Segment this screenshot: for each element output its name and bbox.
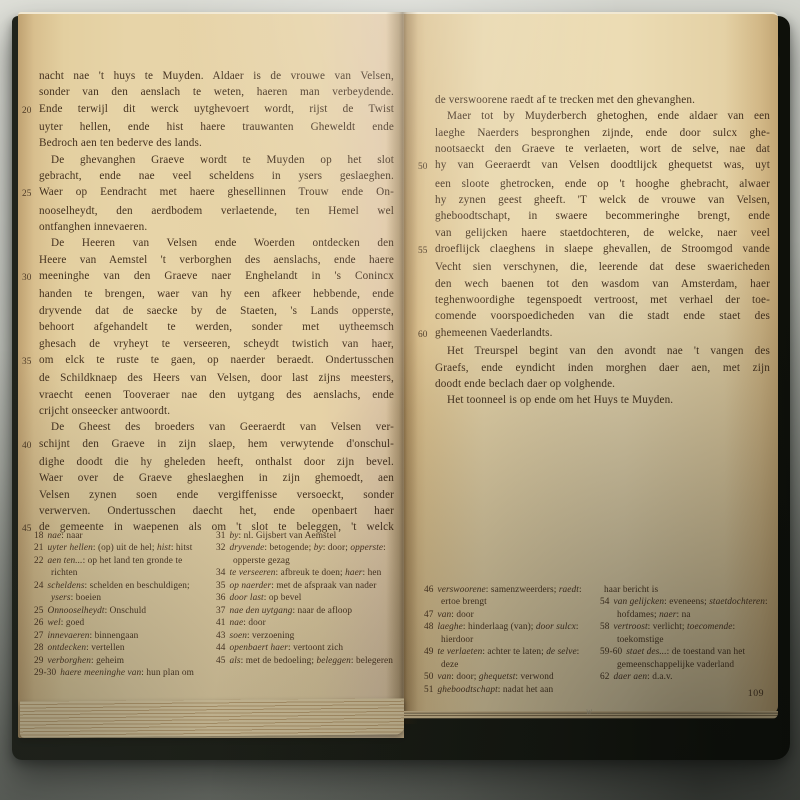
text-line-content: gheboodtschapt, in swaere becommeringhe … <box>435 208 770 224</box>
margin-line-number <box>22 168 39 184</box>
footnote-gloss: : binnengaan <box>89 631 138 641</box>
text-line-content: Bedroch aen ten bederve des lands. <box>39 135 394 151</box>
page-left: nacht nae 't huys te Muyden. Aldaer is d… <box>18 12 404 738</box>
footnote: 24scheldens: schelden en beschuldigen; y… <box>34 580 210 605</box>
footnote-gloss: : verzoening <box>247 631 294 641</box>
margin-line-number <box>418 308 435 324</box>
footnote: 43soen: verzoening <box>216 630 398 642</box>
footnote-gloss: : met de afspraak van nader <box>271 581 376 591</box>
footnote-gloss: : door; <box>323 543 351 553</box>
footnote: 25Onnooselheydt: Onschuld <box>34 605 210 617</box>
text-line: dighe doodt die hy gheleden heeft, ontha… <box>22 454 394 470</box>
footnote-number: 46 <box>424 585 434 595</box>
footnote-gloss: : door <box>451 610 474 620</box>
text-line-content: Ende terwijl dit werck uytghevoert wordt… <box>39 101 394 119</box>
footnote-lemma: innevaeren <box>48 631 90 641</box>
footnote: haar bericht is <box>600 584 768 596</box>
text-line: gheboodtschapt, in swaere becommeringhe … <box>418 208 770 224</box>
footnote-number: 18 <box>34 531 44 541</box>
margin-line-number <box>22 319 39 335</box>
footnote-number: 35 <box>216 581 226 591</box>
margin-line-number: 50 <box>418 157 435 175</box>
footnote-lemma: gheboodtschapt <box>438 685 498 695</box>
text-line-content: schijnt den Graeve in zijn slaep, hem ve… <box>39 436 394 454</box>
footnote-gloss: : verlicht; <box>648 622 687 632</box>
footnote-number: 29-30 <box>34 668 56 678</box>
footnote: 28ontdecken: vertellen <box>34 642 210 654</box>
text-line: 55droeflijck claeghens in slaepe ghevall… <box>418 241 770 259</box>
margin-line-number: 20 <box>22 101 39 119</box>
margin-line-number <box>418 108 435 124</box>
footnote-number: 32 <box>216 543 226 553</box>
text-line-content: ontfanghen innevaeren. <box>39 219 394 235</box>
footnote-gloss: : vertoont zich <box>288 643 343 653</box>
footnote: 29-30haere meeninghe van: hun plan om <box>34 667 210 679</box>
footnote-number: 29 <box>34 656 44 666</box>
text-line-content: Waer over de Graeve gheslaeghen in zijn … <box>39 470 394 486</box>
right-page-number: 109 <box>748 688 764 699</box>
footnote-number: 21 <box>34 543 44 553</box>
footnote-number: 37 <box>216 606 226 616</box>
right-page-footnotes-column-1: 46verswoorene: samenzweerders; raedt: er… <box>424 584 596 696</box>
footnote-lemma: op naerder <box>230 581 272 591</box>
footnote-lemma: dryvende <box>230 543 265 553</box>
footnote: 47van: door <box>424 609 596 621</box>
margin-line-number <box>418 276 435 292</box>
margin-line-number <box>418 225 435 241</box>
text-line-content: doodt ende beclach daer op volghende. <box>435 376 770 392</box>
text-line-content: crijcht onseecker antwoordt. <box>39 403 394 419</box>
text-line: 60ghemeenen Vaederlandts. <box>418 325 770 343</box>
footnote-gloss: : hen <box>363 568 382 578</box>
footnote-lemma: beleggen <box>317 656 351 666</box>
footnote-gloss: : betogende; <box>264 543 313 553</box>
margin-line-number <box>418 292 435 308</box>
text-line: teghenwoordighe tegenspoedt vertroost, m… <box>418 292 770 308</box>
footnote-lemma: hist <box>157 543 171 553</box>
right-page-body-text: de verswoorene raedt af te trecken met d… <box>418 92 770 409</box>
text-line: hy zynen geest gheeft. 'T welck de vrouw… <box>418 192 770 208</box>
margin-line-number <box>22 387 39 403</box>
margin-line-number <box>22 68 39 84</box>
margin-line-number <box>418 176 435 192</box>
footnote-number: 34 <box>216 568 226 578</box>
footnote-number: 26 <box>34 618 44 628</box>
text-line-content: de Schildknaep des Heers van Velsen, doo… <box>39 370 394 386</box>
margin-line-number: 60 <box>418 325 435 343</box>
margin-line-number <box>418 125 435 141</box>
text-line: ghesach de vryheyt te verseeren, scheydt… <box>22 336 394 352</box>
margin-line-number <box>22 403 39 419</box>
text-line-content: Graefs, ende eyndicht inden morghen daer… <box>435 360 770 376</box>
text-line-content: De Gheest des broeders van Geeraerdt van… <box>39 419 394 435</box>
text-line-content: Waer op Eendracht met haere ghesellinnen… <box>39 184 394 202</box>
footnote-number: 59-60 <box>600 647 622 657</box>
margin-line-number <box>22 152 39 168</box>
footnote-lemma: ghequetst <box>479 672 516 682</box>
margin-line-number <box>22 219 39 235</box>
footnote-number: 25 <box>34 606 44 616</box>
margin-line-number <box>22 503 39 519</box>
footnote-gloss: : nl. Gijsbert van Aemstel <box>238 531 336 541</box>
footnote-number: 62 <box>600 672 610 682</box>
margin-line-number <box>22 235 39 251</box>
footnote-lemma: Onnooselheydt <box>48 606 105 616</box>
right-page-footnotes-column-2: haar bericht is54van gelijcken: eveneens… <box>600 584 768 684</box>
text-line-content: behoort afgehandelt te werden, sonder me… <box>39 319 394 335</box>
text-line: 30meeninghe van den Graeve naer Enghelan… <box>22 268 394 286</box>
footnote-lemma: nae <box>230 618 244 628</box>
text-line-content: om elck te ruste te gaen, op naerder ber… <box>39 352 394 370</box>
footnote: 18nae: naar <box>34 530 210 542</box>
footnote-lemma: staet des... <box>626 647 666 657</box>
footnote-number: 49 <box>424 647 434 657</box>
margin-line-number: 40 <box>22 436 39 454</box>
text-line: Bedroch aen ten bederve des lands. <box>22 135 394 151</box>
footnote-lemma: te verlaeten <box>438 647 483 657</box>
footnote-gloss: : met de bedoeling; <box>241 656 317 666</box>
text-line-content: comende voorspoedicheden van die stadt e… <box>435 308 770 324</box>
text-line-content: ghemeenen Vaederlandts. <box>435 325 770 343</box>
footnote-lemma: ysers <box>51 593 71 603</box>
text-line-content: hy zynen geest gheeft. 'T welck de vrouw… <box>435 192 770 208</box>
footnote: 36door last: op bevel <box>216 592 398 604</box>
footnote-lemma: te verseeren <box>230 568 276 578</box>
footnote-lemma: staetdochteren <box>709 597 765 607</box>
footnote-gloss: : eveneens; <box>664 597 709 607</box>
text-line: sonder van den aenslach te weten, haeren… <box>22 84 394 100</box>
text-line-content: teghenwoordighe tegenspoedt vertroost, m… <box>435 292 770 308</box>
text-line: dryvende dat de saecke by de Staeten, 's… <box>22 303 394 319</box>
text-line: gebracht, ende nae veel scheldens in yse… <box>22 168 394 184</box>
text-line-content: Velsen zynen soen ende vergiffenisse ver… <box>39 487 394 503</box>
footnote-number: 28 <box>34 643 44 653</box>
footnote-gloss: : hitst <box>171 543 193 553</box>
text-line: ontfanghen innevaeren. <box>22 219 394 235</box>
margin-line-number <box>418 376 435 392</box>
footnote-number: 47 <box>424 610 434 620</box>
footnote-lemma: aen ten... <box>48 556 83 566</box>
footnote-gloss: : d.a.v. <box>647 672 673 682</box>
footnote-number: 43 <box>216 631 226 641</box>
text-line-content: dighe doodt die hy gheleden heeft, ontha… <box>39 454 394 470</box>
margin-line-number <box>22 84 39 100</box>
footnote-gloss: : naar <box>61 531 83 541</box>
footnote-lemma: de selve <box>546 647 576 657</box>
text-line-content: Het Treurspel begint van den avondt nae … <box>435 343 770 359</box>
footnote-number: 54 <box>600 597 610 607</box>
footnote: 46verswoorene: samenzweerders; raedt: er… <box>424 584 596 609</box>
text-line-content: sonder van den aenslach te weten, haeren… <box>39 84 394 100</box>
book-photo-scene: nacht nae 't huys te Muyden. Aldaer is d… <box>0 0 800 800</box>
margin-line-number <box>22 303 39 319</box>
footnote-lemma: wel <box>48 618 61 628</box>
footnote: 41nae: door <box>216 617 398 629</box>
margin-line-number <box>22 454 39 470</box>
footnote-gloss: : achter te laten; <box>482 647 546 657</box>
footnote: 22aen ten...: op het land ten gronde te … <box>34 555 210 580</box>
footnote-number: 31 <box>216 531 226 541</box>
text-line: den wech baenen tot den wasdom van Amste… <box>418 276 770 292</box>
text-line: Het Treurspel begint van den avondt nae … <box>418 343 770 359</box>
footnote: 45als: met de bedoeling; beleggen: beleg… <box>216 655 398 667</box>
text-line-content: een sloote ghetrocken, ende op 't hooghe… <box>435 176 770 192</box>
footnote: 37nae den uytgang: naar de afloop <box>216 605 398 617</box>
margin-line-number <box>22 487 39 503</box>
text-line-content: den wech baenen tot den wasdom van Amste… <box>435 276 770 292</box>
margin-line-number <box>22 419 39 435</box>
text-line: uyter hellen, ende hist haere trauwanten… <box>22 119 394 135</box>
footnote-lemma: opperste <box>350 543 383 553</box>
text-line: een sloote ghetrocken, ende op 't hooghe… <box>418 176 770 192</box>
cover-mark: w <box>586 706 592 716</box>
footnote: 26wel: goed <box>34 617 210 629</box>
footnote-gloss: : nadat het aan <box>498 685 553 695</box>
footnote: 58vertroost: verlicht; toecomende: toeko… <box>600 621 768 646</box>
footnote: 51gheboodtschapt: nadat het aan <box>424 684 596 696</box>
text-line: Het toonneel is op ende om het Huys te M… <box>418 392 770 408</box>
text-line: Heere van Aemstel 't verborghen des aens… <box>22 252 394 268</box>
footnote: 59-60staet des...: de toestand van het g… <box>600 646 768 671</box>
footnote-gloss: : samenzweerders; <box>486 585 559 595</box>
margin-line-number <box>22 336 39 352</box>
text-line-content: gebracht, ende nae veel scheldens in yse… <box>39 168 394 184</box>
text-line-content: hy van Geeraerdt van Velsen doodtlijck g… <box>435 157 770 175</box>
text-line-content: Heere van Aemstel 't verborghen des aens… <box>39 252 394 268</box>
footnote-gloss: : geheim <box>91 656 124 666</box>
text-line-content: droeflijck claeghens in slaepe ghevallen… <box>435 241 770 259</box>
footnote-gloss: : hinderlaag (van); <box>463 622 536 632</box>
text-line: Velsen zynen soen ende vergiffenisse ver… <box>22 487 394 503</box>
text-line: Maer tot by Muyderberch ghetoghen, ende … <box>418 108 770 124</box>
footnote-number: 48 <box>424 622 434 632</box>
footnote-lemma: verswoorene <box>438 585 486 595</box>
footnote-gloss: : belegeren <box>351 656 393 666</box>
margin-line-number: 35 <box>22 352 39 370</box>
text-line: comende voorspoedicheden van die stadt e… <box>418 308 770 324</box>
left-page-footnotes-column-2: 31by: nl. Gijsbert van Aemstel32dryvende… <box>216 530 398 667</box>
footnote-gloss: : hun plan om <box>141 668 194 678</box>
text-line: Vecht sien verschynen, die, leerende dat… <box>418 259 770 275</box>
footnote-lemma: vertroost <box>614 622 648 632</box>
footnote-lemma: door sulcx <box>536 622 576 632</box>
footnote-lemma: als <box>230 656 241 666</box>
text-line: De Gheest des broeders van Geeraerdt van… <box>22 419 394 435</box>
footnote-lemma: haer <box>345 568 362 578</box>
footnote-lemma: verborghen <box>48 656 92 666</box>
footnote: 48laeghe: hinderlaag (van); door sulcx: … <box>424 621 596 646</box>
footnote-gloss: : afbreuk te doen; <box>276 568 346 578</box>
text-line: behoort afgehandelt te werden, sonder me… <box>22 319 394 335</box>
text-line: laeghe Naerders bespronghen zijnde, ende… <box>418 125 770 141</box>
footnote-number: 36 <box>216 593 226 603</box>
text-line-content: vraecht eenen Tooveraer nae den uytgang … <box>39 387 394 403</box>
footnote-gloss: : door <box>243 618 266 628</box>
text-line-content: nacht nae 't huys te Muyden. Aldaer is d… <box>39 68 394 84</box>
page-right: de verswoorene raedt af te trecken met d… <box>404 12 778 714</box>
text-line: verwerven. Ondertusschen daecht het, end… <box>22 503 394 519</box>
text-line: De Heeren van Velsen ende Woerden ontdec… <box>22 235 394 251</box>
margin-line-number <box>22 286 39 302</box>
text-line-content: nootsaeckt den Graeve te verlaeten, wort… <box>435 141 770 157</box>
text-line: 40schijnt den Graeve in zijn slaep, hem … <box>22 436 394 454</box>
text-line-content: meeninghe van den Graeve naer Enghelandt… <box>39 268 394 286</box>
text-line: de Schildknaep des Heers van Velsen, doo… <box>22 370 394 386</box>
footnote-lemma: daer aen <box>614 672 648 682</box>
margin-line-number <box>418 208 435 224</box>
margin-line-number <box>418 392 435 408</box>
footnote-lemma: toecomende <box>687 622 732 632</box>
footnote-lemma: door last <box>230 593 264 603</box>
footnote: 21uyter hellen: (op) uit de hel; hist: h… <box>34 542 210 554</box>
footnote-number: 58 <box>600 622 610 632</box>
text-line-content: Het toonneel is op ende om het Huys te M… <box>435 392 770 408</box>
footnote-lemma: scheldens <box>48 581 85 591</box>
footnote-lemma: openbaert haer <box>230 643 288 653</box>
text-line: crijcht onseecker antwoordt. <box>22 403 394 419</box>
text-line: 20Ende terwijl dit werck uytghevoert wor… <box>22 101 394 119</box>
text-line-content: nooselheydt, den aerdbodem verlaetende, … <box>39 203 394 219</box>
footnote-lemma: haere meeninghe van <box>60 668 141 678</box>
left-page-footnotes-column-1: 18nae: naar21uyter hellen: (op) uit de h… <box>34 530 210 679</box>
margin-line-number <box>418 141 435 157</box>
footnote: 44openbaert haer: vertoont zich <box>216 642 398 654</box>
text-line-content: handen te brengen, waer van hy een afkee… <box>39 286 394 302</box>
footnote-lemma: laeghe <box>438 622 463 632</box>
text-line: 25Waer op Eendracht met haere ghesellinn… <box>22 184 394 202</box>
margin-line-number <box>418 92 435 108</box>
text-line-content: verwerven. Ondertusschen daecht het, end… <box>39 503 394 519</box>
footnote-lemma: uyter hellen <box>48 543 93 553</box>
footnote-gloss: : naar de afloop <box>292 606 352 616</box>
footnote-number: 50 <box>424 672 434 682</box>
footnote-gloss: : door; <box>451 672 479 682</box>
footnote-gloss: haar bericht is <box>604 585 658 595</box>
text-line-content: Maer tot by Muyderberch ghetoghen, ende … <box>435 108 770 124</box>
footnote-lemma: nae <box>48 531 62 541</box>
footnote-lemma: ontdecken <box>48 643 87 653</box>
text-line-content: van gelijcken haere staetdochteren, de w… <box>435 225 770 241</box>
footnote-number: 24 <box>34 581 44 591</box>
text-line: nootsaeckt den Graeve te verlaeten, wort… <box>418 141 770 157</box>
margin-line-number: 25 <box>22 184 39 202</box>
text-line-content: de verswoorene raedt af te trecken met d… <box>435 92 770 108</box>
footnote-number: 51 <box>424 685 434 695</box>
footnote: 49te verlaeten: achter te laten; de selv… <box>424 646 596 671</box>
text-line: 35om elck te ruste te gaen, op naerder b… <box>22 352 394 370</box>
margin-line-number <box>22 203 39 219</box>
footnote-lemma: van gelijcken <box>614 597 665 607</box>
text-line: van gelijcken haere staetdochteren, de w… <box>418 225 770 241</box>
text-line-content: laeghe Naerders bespronghen zijnde, ende… <box>435 125 770 141</box>
text-line: handen te brengen, waer van hy een afkee… <box>22 286 394 302</box>
text-line: Waer over de Graeve gheslaeghen in zijn … <box>22 470 394 486</box>
text-line: nacht nae 't huys te Muyden. Aldaer is d… <box>22 68 394 84</box>
text-line-content: De Heeren van Velsen ende Woerden ontdec… <box>39 235 394 251</box>
footnote-gloss: : boeien <box>71 593 102 603</box>
text-line-content: dryvende dat de saecke by de Staeten, 's… <box>39 303 394 319</box>
text-line-content: De ghevanghen Graeve wordt te Muyden op … <box>39 152 394 168</box>
footnote-gloss: : Onschuld <box>105 606 147 616</box>
margin-line-number <box>418 343 435 359</box>
footnote-lemma: raedt <box>559 585 579 595</box>
footnote-number: 22 <box>34 556 44 566</box>
footnote-number: 27 <box>34 631 44 641</box>
footnote-number: 44 <box>216 643 226 653</box>
footnote: 32dryvende: betogende; by: door; opperst… <box>216 542 398 567</box>
footnote: 54van gelijcken: eveneens; staetdochtere… <box>600 596 768 621</box>
margin-line-number: 55 <box>418 241 435 259</box>
text-line: vraecht eenen Tooveraer nae den uytgang … <box>22 387 394 403</box>
footnote: 31by: nl. Gijsbert van Aemstel <box>216 530 398 542</box>
text-line-content: ghesach de vryheyt te verseeren, scheydt… <box>39 336 394 352</box>
margin-line-number <box>22 470 39 486</box>
footnote-gloss: : vertellen <box>86 643 125 653</box>
footnote-lemma: nae den uytgang <box>230 606 293 616</box>
footnote-number: 41 <box>216 618 226 628</box>
text-line: nooselheydt, den aerdbodem verlaetende, … <box>22 203 394 219</box>
margin-line-number <box>418 360 435 376</box>
text-line: de verswoorene raedt af te trecken met d… <box>418 92 770 108</box>
footnote: 35op naerder: met de afspraak van nader <box>216 580 398 592</box>
footnote-gloss: : goed <box>61 618 85 628</box>
margin-line-number <box>22 135 39 151</box>
footnote-gloss: : (op) uit de hel; <box>93 543 157 553</box>
footnote-gloss: : verwond <box>515 672 553 682</box>
page-edges-stack <box>20 698 404 737</box>
footnote-lemma: naer <box>659 610 676 620</box>
footnote-gloss: : schelden en beschuldigen; <box>85 581 190 591</box>
margin-line-number <box>418 192 435 208</box>
margin-line-number: 30 <box>22 268 39 286</box>
footnote-gloss: : na <box>677 610 691 620</box>
footnote: 62daer aen: d.a.v. <box>600 671 768 683</box>
footnote: 50van: door; ghequetst: verwond <box>424 671 596 683</box>
margin-line-number <box>22 252 39 268</box>
footnote-number: 45 <box>216 656 226 666</box>
text-line: Graefs, ende eyndicht inden morghen daer… <box>418 360 770 376</box>
text-line: doodt ende beclach daer op volghende. <box>418 376 770 392</box>
footnote-lemma: soen <box>230 631 247 641</box>
footnote: 27innevaeren: binnengaan <box>34 630 210 642</box>
margin-line-number <box>418 259 435 275</box>
text-line-content: Vecht sien verschynen, die, leerende dat… <box>435 259 770 275</box>
footnote-lemma: van <box>438 610 452 620</box>
footnote-lemma: by <box>314 543 323 553</box>
left-page-body-text: nacht nae 't huys te Muyden. Aldaer is d… <box>22 68 394 538</box>
text-line: 50hy van Geeraerdt van Velsen doodtlijck… <box>418 157 770 175</box>
margin-line-number <box>22 370 39 386</box>
footnote-gloss: : op bevel <box>264 593 302 603</box>
footnote-lemma: van <box>438 672 452 682</box>
text-line: De ghevanghen Graeve wordt te Muyden op … <box>22 152 394 168</box>
text-line-content: uyter hellen, ende hist haere trauwanten… <box>39 119 394 135</box>
footnote: 34te verseeren: afbreuk te doen; haer: h… <box>216 567 398 579</box>
footnote: 29verborghen: geheim <box>34 655 210 667</box>
margin-line-number <box>22 119 39 135</box>
